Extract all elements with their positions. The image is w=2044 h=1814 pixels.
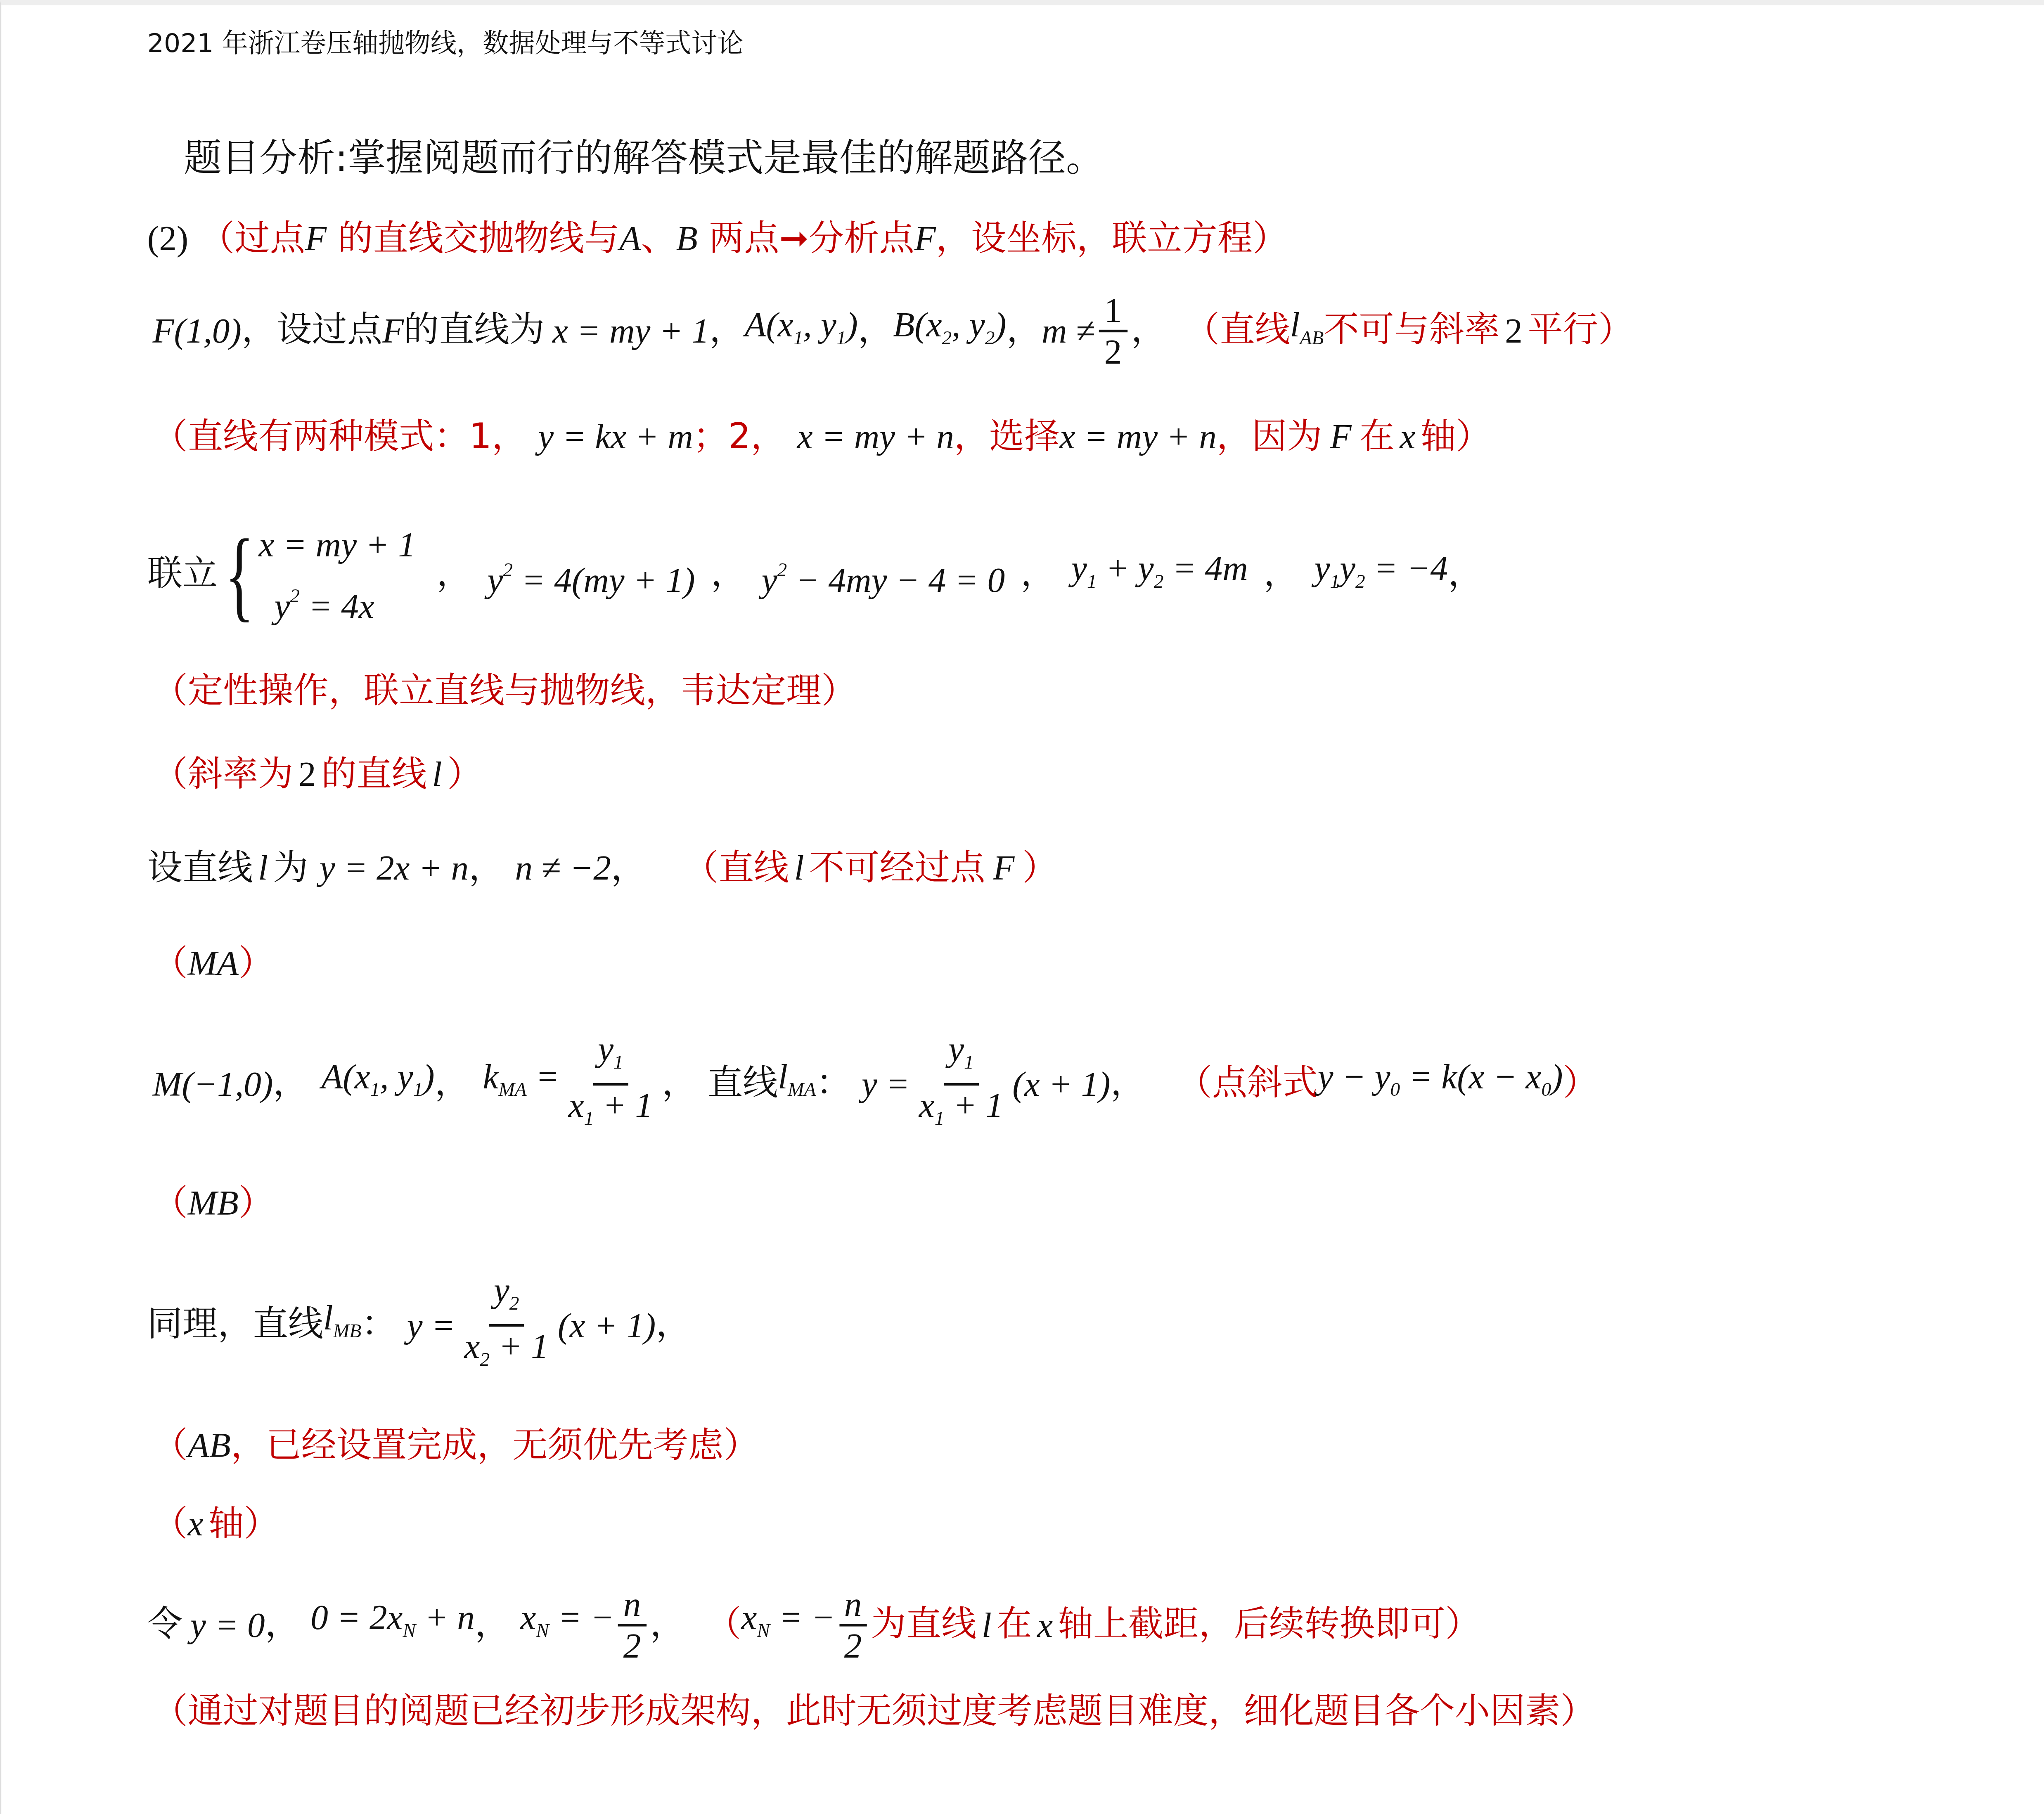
math-part: x xyxy=(919,1085,935,1124)
annotation-text: ） xyxy=(447,754,482,795)
brace-icon: { xyxy=(225,524,254,625)
math-part: l xyxy=(1290,304,1300,343)
superscript: 2 xyxy=(290,586,300,607)
subscript: 2 xyxy=(480,1350,490,1371)
numerator: n xyxy=(839,1584,867,1626)
math-part: y xyxy=(487,560,503,599)
math-expr: 0 = 2xN + n xyxy=(310,1595,475,1654)
math-part: 0 = 2x xyxy=(310,1598,403,1637)
subscript: MA xyxy=(788,1081,816,1102)
math-part: x xyxy=(464,1326,480,1365)
math-expr: n ≠ −2 xyxy=(515,849,611,888)
text: ， xyxy=(1131,309,1166,353)
math-part: ) xyxy=(995,304,1006,343)
math-part: y xyxy=(948,1029,964,1068)
math-part: + 1 xyxy=(944,1085,1003,1124)
math-expr: A(x1, y1) xyxy=(744,302,858,360)
math-part: A(x xyxy=(744,304,793,343)
annotation-text: （斜率为 xyxy=(152,754,293,795)
text: ： xyxy=(361,1303,396,1347)
fraction: 12 xyxy=(1099,291,1127,371)
subscript: 1 xyxy=(964,1052,974,1074)
annotation-text: ） xyxy=(1022,849,1057,889)
part2-heading: (2) （过点F 的直线交抛物线与A、B 两点➞分析点F，设坐标，联立方程） xyxy=(147,216,1288,262)
math-var: l xyxy=(982,1602,992,1646)
math-var: x xyxy=(1400,417,1415,456)
numerator: y1 xyxy=(943,1029,979,1085)
superscript: 2 xyxy=(503,560,513,581)
math-expr: y1y2 = −4 xyxy=(1315,545,1448,604)
math-part: y xyxy=(1315,548,1330,587)
math-expr: xN = − xyxy=(741,1595,835,1654)
text: ， xyxy=(662,1062,697,1106)
subscript: MB xyxy=(333,1322,361,1343)
math-part: , y xyxy=(380,1057,413,1096)
annotation-text: ） xyxy=(1563,1062,1598,1106)
fraction: n2 xyxy=(839,1584,867,1665)
system-line: 联立 { x = my + 1 y2 = 4x ， y2 = 4(my + 1)… xyxy=(147,516,1483,633)
math-expr: m ≠ xyxy=(1042,309,1095,353)
text: 的直线为 xyxy=(404,309,545,353)
math-expr: (x + 1) xyxy=(558,1303,656,1347)
text: ， xyxy=(858,309,893,353)
subscript: N xyxy=(536,1621,549,1642)
system-row: y2 = 4x xyxy=(259,570,416,631)
math-var: x xyxy=(1037,1602,1053,1646)
text: ， xyxy=(656,1303,691,1347)
subscript: 1 xyxy=(793,328,803,349)
annotation-text: （直线有两种模式：1， xyxy=(152,417,527,457)
document-page: 2021 年浙江卷压轴抛物线，数据处理与不等式讨论 题目分析:掌握阅题而行的解答… xyxy=(0,0,2044,1814)
text: ， xyxy=(469,849,504,889)
subscript: 2 xyxy=(509,1294,519,1315)
math-part: A(x xyxy=(321,1057,370,1096)
math-var: F xyxy=(382,309,404,353)
annotation-text: ，设坐标，联立方程） xyxy=(936,219,1288,259)
subscript: 1 xyxy=(836,328,846,349)
denominator: x1 + 1 xyxy=(914,1085,1009,1138)
text: 同理，直线 xyxy=(147,1303,323,1347)
math-var: x xyxy=(188,1504,204,1543)
denominator: 2 xyxy=(839,1626,867,1665)
math-part: + y xyxy=(1097,548,1154,587)
math-expr: y = kx + m xyxy=(538,417,693,456)
fraction: y1x1 + 1 xyxy=(563,1029,658,1138)
annotation-text: ） xyxy=(239,944,274,984)
math-var: F xyxy=(914,219,936,258)
fraction: y2x2 + 1 xyxy=(459,1270,554,1379)
subscript: 1 xyxy=(584,1108,594,1129)
subscript: 2 xyxy=(942,328,952,349)
page-header: 2021 年浙江卷压轴抛物线，数据处理与不等式讨论 xyxy=(147,21,744,65)
math-expr: M(−1,0) xyxy=(152,1062,273,1106)
math-var: F xyxy=(993,849,1014,888)
text: 直线 xyxy=(708,1062,778,1106)
annotation-text: 轴上截距，后续转换即可） xyxy=(1058,1602,1480,1646)
annotation-text: 轴） xyxy=(208,1504,279,1544)
math-part: x xyxy=(568,1085,584,1124)
math-expr: F(1,0) xyxy=(152,309,241,353)
annotation-text: （ xyxy=(152,1504,187,1544)
math-part: y xyxy=(275,586,290,625)
annotation-text: ，已经设置完成，无须优先考虑） xyxy=(231,1426,759,1466)
text: ， xyxy=(709,309,744,353)
math-part: = 4(my + 1) xyxy=(513,560,695,599)
math-part: = − xyxy=(770,1598,835,1637)
denominator: 2 xyxy=(1099,332,1127,371)
math-expr: x = my + n xyxy=(797,417,954,456)
math-part: = 4x xyxy=(300,586,374,625)
fraction: y1x1 + 1 xyxy=(914,1029,1009,1138)
math-expr: x = my + n xyxy=(1060,417,1217,456)
annotation-text: 在 xyxy=(1360,417,1395,457)
math-expr: y2 = 4(my + 1) xyxy=(487,548,695,601)
text: 联立 xyxy=(147,553,218,597)
system-row: x = my + 1 xyxy=(259,518,416,570)
superscript: 2 xyxy=(777,560,787,581)
math-var: F xyxy=(305,219,327,258)
line-N: 令 y = 0， 0 = 2xN + n， xN = − n2 ， （ xN =… xyxy=(147,1575,1480,1673)
subscript: 0 xyxy=(1390,1081,1400,1102)
annotation-text: （过点 xyxy=(199,219,305,259)
math-expr: y − y0 = k(x − x0) xyxy=(1318,1054,1563,1113)
annotation-text: 平行） xyxy=(1528,309,1633,353)
math-expr: y = 2x + n xyxy=(320,849,469,888)
math-var: MB xyxy=(188,1183,239,1223)
annotation-text: （ xyxy=(152,944,187,984)
math-part: = xyxy=(527,1057,559,1096)
math-var: MA xyxy=(188,944,239,983)
annotation-text: 的直线交抛物线与 xyxy=(327,219,619,259)
math-expr: x = my + 1 xyxy=(552,309,709,353)
note-AB: （AB，已经设置完成，无须优先考虑） xyxy=(152,1423,758,1469)
numerator: n xyxy=(618,1584,646,1626)
math-expr: y = xyxy=(862,1062,910,1106)
subscript: 1 xyxy=(370,1081,380,1102)
subscript: 0 xyxy=(1541,1081,1551,1102)
part-label: (2) xyxy=(147,219,188,258)
annotation-text: （直线 xyxy=(1184,309,1290,353)
annotation-text: ，选择 xyxy=(954,417,1060,457)
math-expr: B(x2, y2) xyxy=(893,302,1007,360)
annotation-text: （直线 xyxy=(683,849,789,889)
text: 设直线 xyxy=(147,849,253,889)
annotation-text: 不可经过点 xyxy=(809,849,985,889)
note-slope2: （斜率为2的直线l） xyxy=(152,752,482,798)
math-var: lMB xyxy=(323,1296,361,1354)
math-part: y xyxy=(1071,548,1087,587)
math-part: ) xyxy=(423,1057,434,1096)
annotation-text: ） xyxy=(239,1183,274,1224)
math-number: 2 xyxy=(298,754,316,794)
text: ， xyxy=(1264,553,1299,597)
subscript: 1 xyxy=(935,1108,945,1129)
annotation-text: ，因为 xyxy=(1217,417,1322,457)
math-part: = k(x − x xyxy=(1400,1057,1541,1096)
math-part: = −4 xyxy=(1365,548,1448,587)
annotation-text: （ xyxy=(152,1183,187,1224)
text: ， xyxy=(273,1062,308,1106)
text: ， xyxy=(265,1602,300,1646)
subscript: 2 xyxy=(1355,572,1365,593)
text: ， xyxy=(1007,309,1042,353)
math-number: 2 xyxy=(1505,309,1523,353)
math-expr: kMA = xyxy=(483,1054,559,1113)
line-MB: 同理，直线lMB： y = y2x2 + 1 (x + 1)， xyxy=(147,1276,691,1374)
math-part: y xyxy=(1340,548,1355,587)
subscript: N xyxy=(757,1621,770,1642)
annotation-text: 为直线 xyxy=(871,1602,977,1646)
annotation-text: 在 xyxy=(997,1602,1032,1646)
math-expr: A(x1, y1) xyxy=(321,1054,435,1113)
math-var: l xyxy=(794,849,804,888)
denominator: 2 xyxy=(618,1626,646,1665)
subscript: N xyxy=(403,1621,416,1642)
math-part: B(x xyxy=(893,304,942,343)
denominator: x2 + 1 xyxy=(459,1326,554,1379)
annotation-text: （ xyxy=(706,1602,741,1646)
denominator: x1 + 1 xyxy=(563,1085,658,1138)
annotation-text: （ xyxy=(152,1426,187,1466)
text: ， xyxy=(475,1602,510,1646)
analysis-text: 题目分析:掌握阅题而行的解答模式是最佳的解题路径。 xyxy=(184,135,1104,180)
annotation-text: （点斜式 xyxy=(1177,1062,1318,1106)
math-expr: xN = − xyxy=(520,1595,614,1654)
math-expr: y = xyxy=(407,1303,455,1347)
math-var: A xyxy=(619,219,641,258)
text: 为 xyxy=(273,849,308,889)
text: ， xyxy=(435,1062,470,1106)
subscript: 1 xyxy=(1330,572,1340,593)
math-part: ) xyxy=(846,304,858,343)
text: ： xyxy=(816,1062,851,1106)
math-part: + n xyxy=(416,1598,475,1637)
note-final: （通过对题目的阅题已经初步形成架构，此时无须过度考虑题目难度，细化题目各个小因素… xyxy=(152,1690,1595,1734)
math-var: F xyxy=(1330,417,1351,456)
text: ， xyxy=(711,553,746,597)
math-part: , y xyxy=(803,304,836,343)
math-var: l xyxy=(258,849,268,888)
math-var: lAB xyxy=(1290,302,1324,360)
annotation-text: ；2， xyxy=(693,417,786,457)
arrow-right-icon: ➞ xyxy=(779,219,808,259)
math-part: y xyxy=(494,1270,509,1309)
math-part: y − y xyxy=(1318,1057,1390,1096)
text: ， xyxy=(611,849,646,889)
line-l: 设直线l为 y = 2x + n， n ≠ −2， （直线l不可经过点F） xyxy=(147,846,1058,892)
math-part: ) xyxy=(1551,1057,1563,1096)
fraction: n2 xyxy=(618,1584,646,1665)
numerator: y1 xyxy=(593,1029,629,1085)
note-MA: （MA） xyxy=(152,941,274,987)
subscript: 2 xyxy=(985,328,995,349)
math-part: k xyxy=(483,1057,499,1096)
math-part: = − xyxy=(549,1598,614,1637)
math-part: x xyxy=(741,1598,757,1637)
text: ， xyxy=(650,1602,685,1646)
annotation-text: 的直线 xyxy=(321,754,427,795)
subscript: 2 xyxy=(1154,572,1164,593)
text: ， xyxy=(1111,1062,1146,1106)
math-part: − 4my − 4 = 0 xyxy=(787,560,1005,599)
equation-system: x = my + 1 y2 = 4x xyxy=(259,518,416,631)
subscript: 1 xyxy=(1087,572,1097,593)
math-var: l xyxy=(432,754,442,794)
text: ，设过点 xyxy=(242,309,382,353)
math-expr: (x + 1) xyxy=(1012,1062,1110,1106)
math-part: l xyxy=(323,1298,333,1337)
math-expr: y1 + y2 = 4m xyxy=(1071,545,1248,604)
math-part: x xyxy=(520,1598,536,1637)
note-vieta: （定性操作，联立直线与抛物线，韦达定理） xyxy=(152,670,856,714)
note-xaxis: （x轴） xyxy=(152,1501,279,1547)
note-MB: （MB） xyxy=(152,1181,274,1227)
math-var: B xyxy=(676,219,698,258)
annotation-text: 两点 xyxy=(698,219,779,259)
math-part: l xyxy=(778,1057,788,1096)
subscript: 1 xyxy=(413,1081,423,1102)
numerator: 1 xyxy=(1099,291,1127,332)
subscript: AB xyxy=(1300,328,1324,349)
math-part: + 1 xyxy=(490,1326,549,1365)
math-var: lMA xyxy=(778,1054,816,1113)
annotation-text: 不可与斜率 xyxy=(1324,309,1499,353)
setup-line: F(1,0) ，设过点F 的直线为 x = my + 1 ， A(x1, y1)… xyxy=(152,285,1633,376)
math-part: + 1 xyxy=(594,1085,653,1124)
modes-line: （直线有两种模式：1， y = kx + m；2， x = my + n，选择x… xyxy=(152,414,1491,460)
math-var: AB xyxy=(188,1426,231,1465)
math-expr: y = 0 xyxy=(190,1602,265,1646)
text: ， xyxy=(436,553,471,597)
math-part: y xyxy=(762,560,777,599)
line-MA: M(−1,0)， A(x1, y1)， kMA = y1x1 + 1 ， 直线l… xyxy=(152,1035,1598,1133)
annotation-text: 轴） xyxy=(1421,417,1491,457)
text: ， xyxy=(1021,553,1056,597)
math-part: = 4m xyxy=(1163,548,1248,587)
annotation-text: 、 xyxy=(641,219,676,259)
subscript: 1 xyxy=(613,1052,623,1074)
math-expr: y2 − 4my − 4 = 0 xyxy=(762,548,1005,601)
math-part: y xyxy=(598,1029,613,1068)
text: 令 xyxy=(147,1602,182,1646)
annotation-text: 分析点 xyxy=(809,219,914,259)
text: ， xyxy=(1448,553,1483,597)
numerator: y2 xyxy=(488,1270,524,1326)
subscript: MA xyxy=(498,1081,526,1102)
math-part: , y xyxy=(952,304,985,343)
